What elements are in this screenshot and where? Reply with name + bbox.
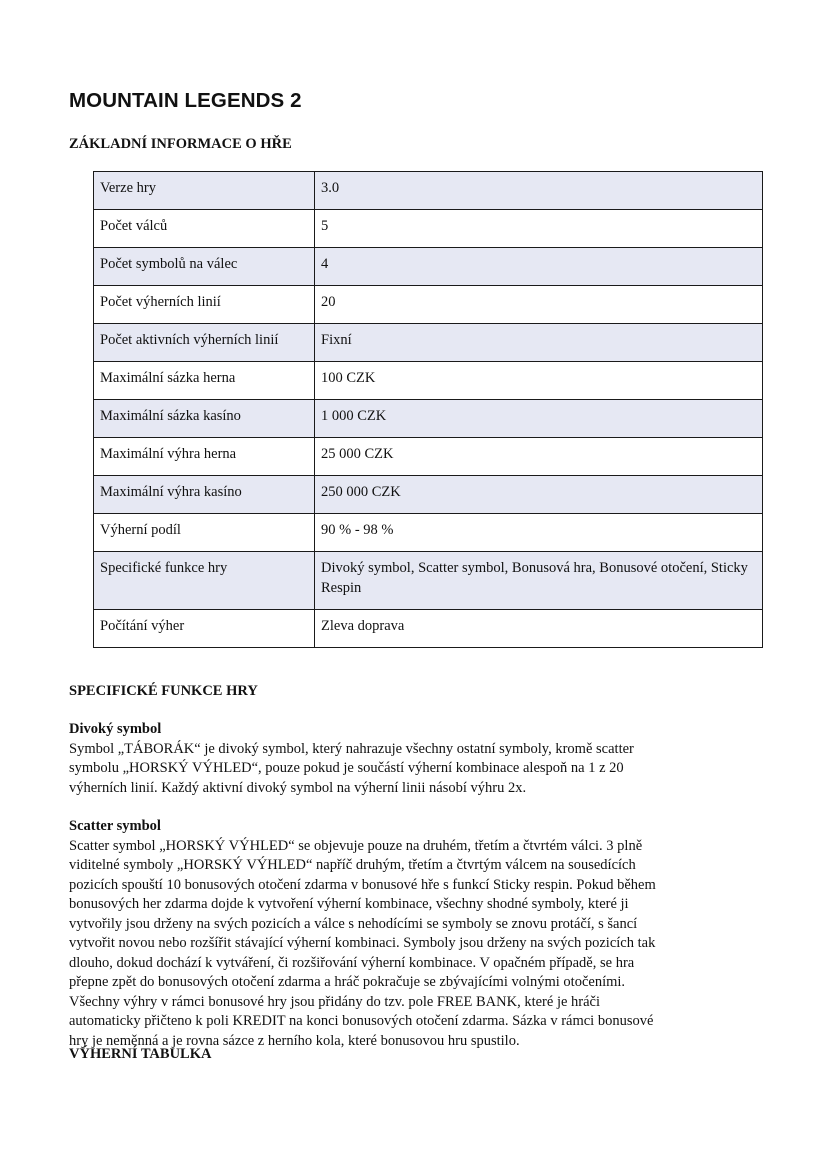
- wild-symbol-line: výherních linií. Každý aktivní divoký sy…: [69, 779, 759, 799]
- table-row: Počet výherních linií20: [94, 286, 763, 324]
- row-label: Výherní podíl: [94, 514, 315, 552]
- document-title: MOUNTAIN LEGENDS 2: [69, 88, 302, 114]
- row-label: Počet symbolů na válec: [94, 248, 315, 286]
- row-label: Počítání výher: [94, 610, 315, 648]
- table-row: Specifické funkce hryDivoký symbol, Scat…: [94, 552, 763, 610]
- row-label: Počet válců: [94, 210, 315, 248]
- row-value: 250 000 CZK: [315, 476, 763, 514]
- row-value: 5: [315, 210, 763, 248]
- scatter-symbol-line: vytvořit novou nebo rozšířit stávající v…: [69, 934, 759, 954]
- row-label: Maximální výhra kasíno: [94, 476, 315, 514]
- row-value: Divoký symbol, Scatter symbol, Bonusová …: [315, 552, 763, 610]
- row-value: 1 000 CZK: [315, 400, 763, 438]
- scatter-symbol-line: automaticky přičteno k poli KREDIT na ko…: [69, 1012, 759, 1032]
- scatter-symbol-line: Všechny výhry v rámci bonusové hry jsou …: [69, 993, 759, 1013]
- table-row: Maximální výhra kasíno250 000 CZK: [94, 476, 763, 514]
- scatter-symbol-line: Scatter symbol „HORSKÝ VÝHLED“ se objevu…: [69, 837, 759, 857]
- game-info-table-body: Verze hry3.0Počet válců5Počet symbolů na…: [94, 172, 763, 648]
- row-value: Zleva doprava: [315, 610, 763, 648]
- row-label: Specifické funkce hry: [94, 552, 315, 610]
- wild-symbol-title: Divoký symbol: [69, 720, 759, 740]
- row-value: 90 % - 98 %: [315, 514, 763, 552]
- row-label: Maximální sázka kasíno: [94, 400, 315, 438]
- table-row: Počet symbolů na válec4: [94, 248, 763, 286]
- row-value: 4: [315, 248, 763, 286]
- paytable-heading: VÝHERNÍ TABULKA: [69, 1045, 211, 1064]
- row-label: Maximální výhra herna: [94, 438, 315, 476]
- row-value: Fixní: [315, 324, 763, 362]
- document-page: MOUNTAIN LEGENDS 2 ZÁKLADNÍ INFORMACE O …: [0, 0, 827, 1169]
- scatter-symbol-line: pozicích spouští 10 bonusových otočení z…: [69, 876, 759, 896]
- scatter-symbol-line: bonusových her zdarma dojde k vytvoření …: [69, 895, 759, 915]
- game-info-table: Verze hry3.0Počet válců5Počet symbolů na…: [93, 171, 763, 648]
- wild-symbol-line: symbolu „HORSKÝ VÝHLED“, pouze pokud je …: [69, 759, 759, 779]
- scatter-symbol-line: dlouho, dokud dochází k vytváření, či ro…: [69, 954, 759, 974]
- table-row: Maximální sázka herna100 CZK: [94, 362, 763, 400]
- row-label: Počet aktivních výherních linií: [94, 324, 315, 362]
- row-value: 20: [315, 286, 763, 324]
- table-row: Verze hry3.0: [94, 172, 763, 210]
- scatter-symbol-line: vytvořily jsou drženy na svých pozicích …: [69, 915, 759, 935]
- table-row: Výherní podíl90 % - 98 %: [94, 514, 763, 552]
- specific-features-heading: SPECIFICKÉ FUNKCE HRY: [69, 682, 258, 700]
- row-value: 3.0: [315, 172, 763, 210]
- basic-info-heading: ZÁKLADNÍ INFORMACE O HŘE: [69, 135, 292, 153]
- table-row: Počet aktivních výherních liniíFixní: [94, 324, 763, 362]
- wild-symbol-section: Divoký symbol Symbol „TÁBORÁK“ je divoký…: [69, 720, 759, 798]
- scatter-symbol-title: Scatter symbol: [69, 817, 759, 837]
- table-row: Počítání výherZleva doprava: [94, 610, 763, 648]
- table-row: Maximální výhra herna25 000 CZK: [94, 438, 763, 476]
- row-label: Verze hry: [94, 172, 315, 210]
- table-row: Počet válců5: [94, 210, 763, 248]
- wild-symbol-line: Symbol „TÁBORÁK“ je divoký symbol, který…: [69, 740, 759, 760]
- table-row: Maximální sázka kasíno1 000 CZK: [94, 400, 763, 438]
- row-value: 100 CZK: [315, 362, 763, 400]
- row-label: Maximální sázka herna: [94, 362, 315, 400]
- scatter-symbol-section: Scatter symbol Scatter symbol „HORSKÝ VÝ…: [69, 817, 759, 1051]
- row-label: Počet výherních linií: [94, 286, 315, 324]
- row-value: 25 000 CZK: [315, 438, 763, 476]
- scatter-symbol-line: viditelné symboly „HORSKÝ VÝHLED“ napříč…: [69, 856, 759, 876]
- scatter-symbol-line: přepne zpět do bonusových otočení zdarma…: [69, 973, 759, 993]
